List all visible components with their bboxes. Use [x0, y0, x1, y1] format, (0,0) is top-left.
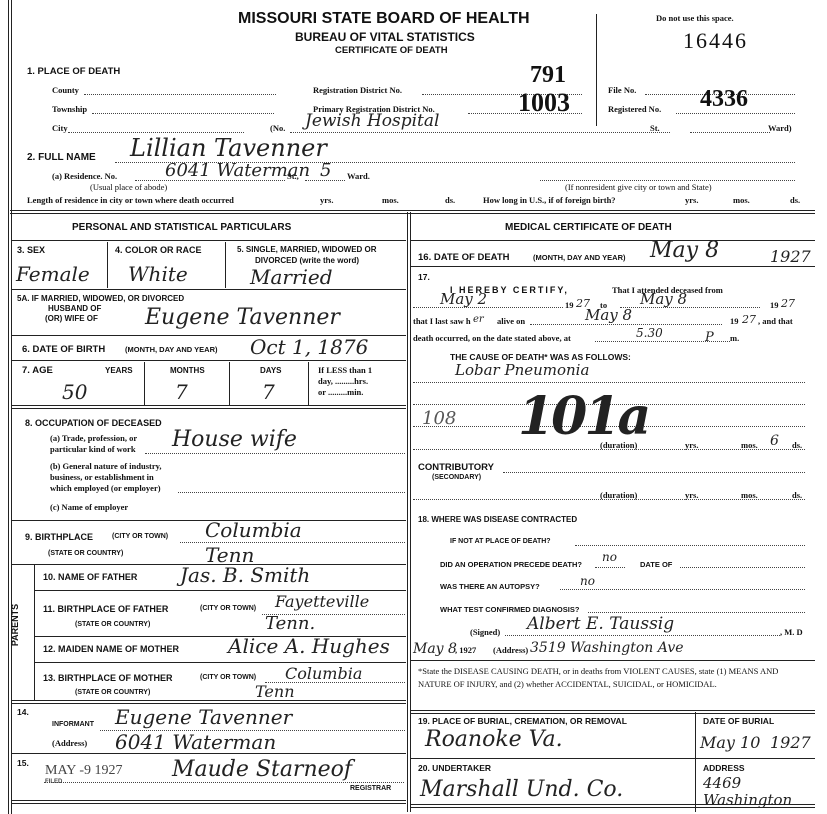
- birthplace-state-sub: (STATE OR COUNTRY): [48, 550, 123, 557]
- occupation-c: (c) Name of employer: [50, 502, 128, 512]
- filed-number: 15.: [17, 758, 29, 768]
- file-no-label: File No.: [608, 85, 636, 95]
- signed-year: , 1927: [455, 645, 476, 655]
- township-label: Township: [52, 104, 87, 114]
- divider: [308, 362, 309, 406]
- registered-no-label: Registered No.: [608, 104, 661, 114]
- nonresident-note: (If nonresident give city or town and St…: [565, 182, 712, 192]
- certificate-title: CERTIFICATE OF DEATH: [335, 45, 448, 56]
- occupation-label: 8. OCCUPATION OF DECEASED: [25, 418, 162, 428]
- doctor-address-label: (Address): [493, 645, 528, 655]
- occupation-a-1: (a) Trade, profession, or: [50, 433, 137, 443]
- dod-sub: (MONTH, DAY AND YEAR): [533, 253, 626, 262]
- attended-from-value: May 2: [440, 290, 487, 308]
- years-label: YEARS: [105, 366, 133, 375]
- city-field[interactable]: [68, 132, 244, 133]
- alive-on-field[interactable]: [530, 324, 722, 325]
- birthplace-label: 9. BIRTHPLACE: [25, 532, 93, 542]
- registrar-field[interactable]: [44, 782, 404, 783]
- last-saw-her[interactable]: er: [473, 314, 484, 325]
- last-saw-label: that I last saw h: [413, 316, 471, 326]
- burial-place-value[interactable]: Roanoke Va.: [425, 727, 563, 752]
- cause-value: Lobar Pneumonia: [455, 361, 589, 379]
- test-field[interactable]: [588, 612, 805, 613]
- race-label: 4. COLOR OR RACE: [115, 245, 202, 255]
- duration-yrs-1: yrs.: [685, 440, 698, 450]
- length-of-residence-label: Length of residence in city or town wher…: [27, 195, 234, 205]
- occupation-a-2: particular kind of work: [50, 444, 136, 454]
- divider: [695, 712, 696, 812]
- father-birthplace-label: 11. BIRTHPLACE OF FATHER: [43, 604, 168, 614]
- mother-state-sub: (STATE OR COUNTRY): [75, 689, 150, 696]
- registration-district-label: Registration District No.: [313, 85, 402, 95]
- operation-field[interactable]: [595, 567, 625, 568]
- duration-ds-1: ds.: [792, 440, 802, 450]
- divider: [411, 660, 815, 661]
- ward-field[interactable]: [690, 132, 770, 133]
- divider: [12, 240, 406, 241]
- code-large: 101a: [518, 386, 648, 447]
- mother-value[interactable]: Alice A. Hughes: [228, 634, 390, 658]
- foreign-mos-label: mos.: [733, 195, 750, 205]
- signed-date[interactable]: May 8: [413, 641, 457, 657]
- less-label-3: or .........min.: [318, 387, 363, 397]
- mother-label: 12. MAIDEN NAME OF MOTHER: [43, 644, 179, 654]
- form-title: MISSOURI STATE BOARD OF HEALTH: [238, 10, 530, 28]
- dod-year[interactable]: 1927: [770, 247, 811, 266]
- code-small: 108: [422, 408, 456, 429]
- duration-ds-2: ds.: [792, 490, 802, 500]
- spouse-label-1: 5A. IF MARRIED, WIDOWED, OR DIVORCED: [17, 294, 184, 303]
- not-at-place-field[interactable]: [575, 545, 805, 546]
- not-at-place-label: IF NOT AT PLACE OF DEATH?: [450, 538, 551, 545]
- and-that-label: , and that: [758, 316, 793, 326]
- autopsy-value: no: [580, 574, 595, 588]
- father-city-sub: (CITY OR TOWN): [200, 605, 256, 612]
- days-value[interactable]: 7: [262, 380, 275, 404]
- divider: [107, 242, 108, 288]
- spouse-label-2: HUSBAND OF: [48, 304, 101, 313]
- street-label: St.: [650, 123, 660, 133]
- months-value[interactable]: 7: [175, 380, 188, 404]
- duration-label-1: (duration): [600, 440, 637, 450]
- divider: [411, 804, 815, 808]
- header-divider: [596, 14, 597, 126]
- parents-side-label: PARENTS: [10, 604, 20, 646]
- parents-divider: [34, 565, 35, 700]
- county-label: County: [52, 85, 79, 95]
- length-yrs-label: yrs.: [320, 195, 333, 205]
- dob-value[interactable]: Oct 1, 1876: [250, 335, 368, 359]
- registered-no-value: 4336: [700, 86, 748, 113]
- divider: [12, 289, 406, 290]
- informant-label: INFORMANT: [52, 721, 94, 728]
- registered-no-field[interactable]: [676, 113, 795, 114]
- ampm-value[interactable]: P: [705, 330, 714, 345]
- contributory-field[interactable]: [503, 472, 805, 473]
- years-value[interactable]: 50: [62, 380, 87, 404]
- dob-sub: (MONTH, DAY AND YEAR): [125, 345, 218, 354]
- divider: [35, 662, 406, 663]
- signed-field[interactable]: [505, 635, 780, 636]
- institution-value: Jewish Hospital: [305, 111, 439, 131]
- father-birthplace-state-value: Tenn.: [265, 613, 315, 634]
- birthplace-city-value: Columbia: [205, 518, 302, 542]
- mother-birthplace-label: 13. BIRTHPLACE OF MOTHER: [43, 673, 173, 683]
- time-value: 5.30: [636, 326, 663, 340]
- attended-to-year[interactable]: 27: [781, 297, 795, 310]
- footnote: *State the DISEASE CAUSING DEATH, or in …: [418, 665, 808, 691]
- full-name-value: Lillian Tavenner: [130, 134, 327, 162]
- residence-st-label: St.,: [287, 171, 299, 181]
- dob-label: 6. DATE OF BIRTH: [22, 344, 105, 355]
- bureau-title: BUREAU OF VITAL STATISTICS: [295, 30, 475, 44]
- divider: [411, 710, 815, 714]
- mother-birthplace-state-value: Tenn: [255, 682, 295, 701]
- divider: [411, 240, 815, 241]
- operation-date-field[interactable]: [680, 567, 805, 568]
- marital-label-1: 5. SINGLE, MARRIED, WIDOWED OR: [237, 245, 377, 254]
- foreign-yrs-label: yrs.: [685, 195, 698, 205]
- primary-registration-label: Primary Registration District No.: [313, 104, 435, 114]
- contributory-label: CONTRIBUTORY: [418, 462, 494, 473]
- spouse-value[interactable]: Eugene Tavenner: [145, 305, 340, 330]
- place-of-death-heading: 1. PLACE OF DEATH: [27, 66, 120, 77]
- divider: [411, 758, 815, 759]
- occupation-b-1: (b) General nature of industry,: [50, 461, 162, 471]
- operation-value: no: [602, 550, 617, 564]
- divider: [144, 362, 145, 406]
- father-value[interactable]: Jas. B. Smith: [180, 563, 310, 587]
- primary-registration-value: 1003: [518, 88, 570, 118]
- occupation-b-3: which employed (or employer): [50, 483, 161, 493]
- burial-date-value[interactable]: May 10: [700, 733, 760, 752]
- doctor-address-value[interactable]: 3519 Washington Ave: [530, 640, 684, 656]
- registration-district-value: 791: [530, 62, 566, 89]
- sex-label: 3. SEX: [17, 245, 45, 255]
- divider: [229, 362, 230, 406]
- divider: [411, 266, 815, 267]
- less-label-1: If LESS than 1: [318, 365, 372, 375]
- personal-heading: PERSONAL AND STATISTICAL PARTICULARS: [72, 222, 291, 233]
- attended-from-year-prefix: 19: [565, 300, 574, 310]
- autopsy-label: WAS THERE AN AUTOPSY?: [440, 582, 540, 591]
- date-of-label: DATE OF: [640, 560, 672, 569]
- signed-label: (Signed): [470, 627, 500, 637]
- occupation-a-field[interactable]: [145, 453, 405, 454]
- city-label: City: [52, 123, 68, 133]
- medical-heading: MEDICAL CERTIFICATE OF DEATH: [505, 222, 672, 233]
- residence-label: (a) Residence. No.: [52, 171, 117, 181]
- informant-address-value[interactable]: 6041 Waterman: [115, 730, 276, 754]
- undertaker-address-label: ADDRESS: [703, 763, 745, 773]
- county-field[interactable]: [84, 94, 276, 95]
- divider: [12, 405, 406, 409]
- full-name-label: 2. FULL NAME: [27, 152, 96, 163]
- spouse-label-3: (OR) WIFE OF: [45, 314, 98, 323]
- usual-abode-label: (Usual place of abode): [90, 182, 167, 192]
- length-ds-label: ds.: [445, 195, 455, 205]
- burial-place-label: 19. PLACE OF BURIAL, CREMATION, OR REMOV…: [418, 716, 627, 726]
- filed-stamp: MAY -9 1927: [45, 763, 123, 779]
- occurred-label: death occurred, on the date stated above…: [413, 333, 571, 343]
- birthplace-city-sub: (CITY OR TOWN): [112, 533, 168, 540]
- alive-on-label: alive on: [497, 316, 525, 326]
- do-not-use-label: Do not use this space.: [656, 13, 734, 23]
- residence-ward-label: Ward.: [347, 171, 370, 181]
- test-label: WHAT TEST CONFIRMED DIAGNOSIS?: [440, 605, 579, 614]
- marital-value[interactable]: Married: [250, 265, 333, 289]
- stamp-number: 16446: [683, 28, 748, 54]
- nonresident-field[interactable]: [540, 180, 795, 181]
- divider: [12, 753, 406, 754]
- less-label-2: day, .........hrs.: [318, 376, 368, 386]
- divider: [12, 800, 406, 804]
- divider: [35, 590, 406, 591]
- divider: [225, 242, 226, 288]
- attended-from-field[interactable]: [413, 307, 563, 308]
- age-label: 7. AGE: [22, 365, 53, 376]
- informant-number: 14.: [17, 707, 29, 717]
- secondary-label: (SECONDARY): [432, 474, 481, 481]
- duration-days-value[interactable]: 6: [770, 433, 779, 449]
- length-mos-label: mos.: [382, 195, 399, 205]
- duration-mos-1: mos.: [741, 440, 758, 450]
- dod-value[interactable]: May 8: [650, 238, 719, 263]
- mother-city-sub: (CITY OR TOWN): [200, 674, 256, 681]
- column-divider: [407, 212, 411, 812]
- father-birthplace-city-value: Fayetteville: [275, 592, 369, 611]
- alive-on-value: May 8: [585, 306, 632, 324]
- m-label: m.: [730, 333, 739, 343]
- race-value[interactable]: White: [128, 262, 188, 286]
- duration-yrs-2: yrs.: [685, 490, 698, 500]
- institution-field[interactable]: [290, 132, 670, 133]
- undertaker-label: 20. UNDERTAKER: [418, 763, 491, 773]
- autopsy-field[interactable]: [560, 589, 805, 590]
- registrar-value: Maude Starneof: [172, 757, 352, 782]
- marital-label-2: DIVORCED (write the word): [255, 256, 359, 265]
- township-field[interactable]: [92, 113, 274, 114]
- duration-label-2: (duration): [600, 490, 637, 500]
- burial-date-label: DATE OF BURIAL: [703, 716, 774, 726]
- item-18-label: 18. WHERE WAS DISEASE CONTRACTED: [418, 515, 577, 524]
- foreign-birth-label: How long in U.S., if of foreign birth?: [483, 195, 616, 205]
- signed-value: Albert E. Taussig: [527, 614, 674, 634]
- foreign-ds-label: ds.: [790, 195, 800, 205]
- registrar-label: REGISTRAR: [350, 785, 391, 792]
- days-label: DAYS: [260, 366, 282, 375]
- alive-year[interactable]: 27: [742, 313, 756, 326]
- father-state-sub: (STATE OR COUNTRY): [75, 621, 150, 628]
- occupation-b-field[interactable]: [178, 492, 405, 493]
- occupation-a-value: House wife: [172, 427, 297, 452]
- months-label: MONTHS: [170, 366, 205, 375]
- ward-label: Ward): [768, 123, 792, 133]
- alive-year-prefix: 19: [730, 316, 739, 326]
- section-divider: [10, 210, 815, 214]
- duration-mos-2: mos.: [741, 490, 758, 500]
- item-17: 17.: [418, 272, 430, 282]
- father-label: 10. NAME OF FATHER: [43, 572, 137, 582]
- occupation-b-2: business, or establishment in: [50, 472, 154, 482]
- sex-value[interactable]: Female: [16, 262, 90, 286]
- mother-birthplace-city-value: Columbia: [285, 664, 362, 683]
- attended-to-year-prefix: 19: [770, 300, 779, 310]
- residence-ward-value: 5: [320, 160, 331, 181]
- undertaker-value[interactable]: Marshall Und. Co.: [420, 777, 623, 802]
- cause-line-1[interactable]: [413, 382, 805, 383]
- institution-no-label: (No.: [270, 123, 285, 133]
- dod-label: 16. DATE OF DEATH: [418, 252, 510, 263]
- attended-to-value: May 8: [640, 290, 687, 308]
- informant-address-label: (Address): [52, 738, 87, 748]
- informant-value: Eugene Tavenner: [115, 705, 292, 729]
- divider: [12, 360, 406, 361]
- operation-label: DID AN OPERATION PRECEDE DEATH?: [440, 560, 582, 569]
- burial-date-year[interactable]: 1927: [770, 733, 811, 752]
- md-label: , M. D: [780, 627, 803, 637]
- divider: [12, 700, 406, 704]
